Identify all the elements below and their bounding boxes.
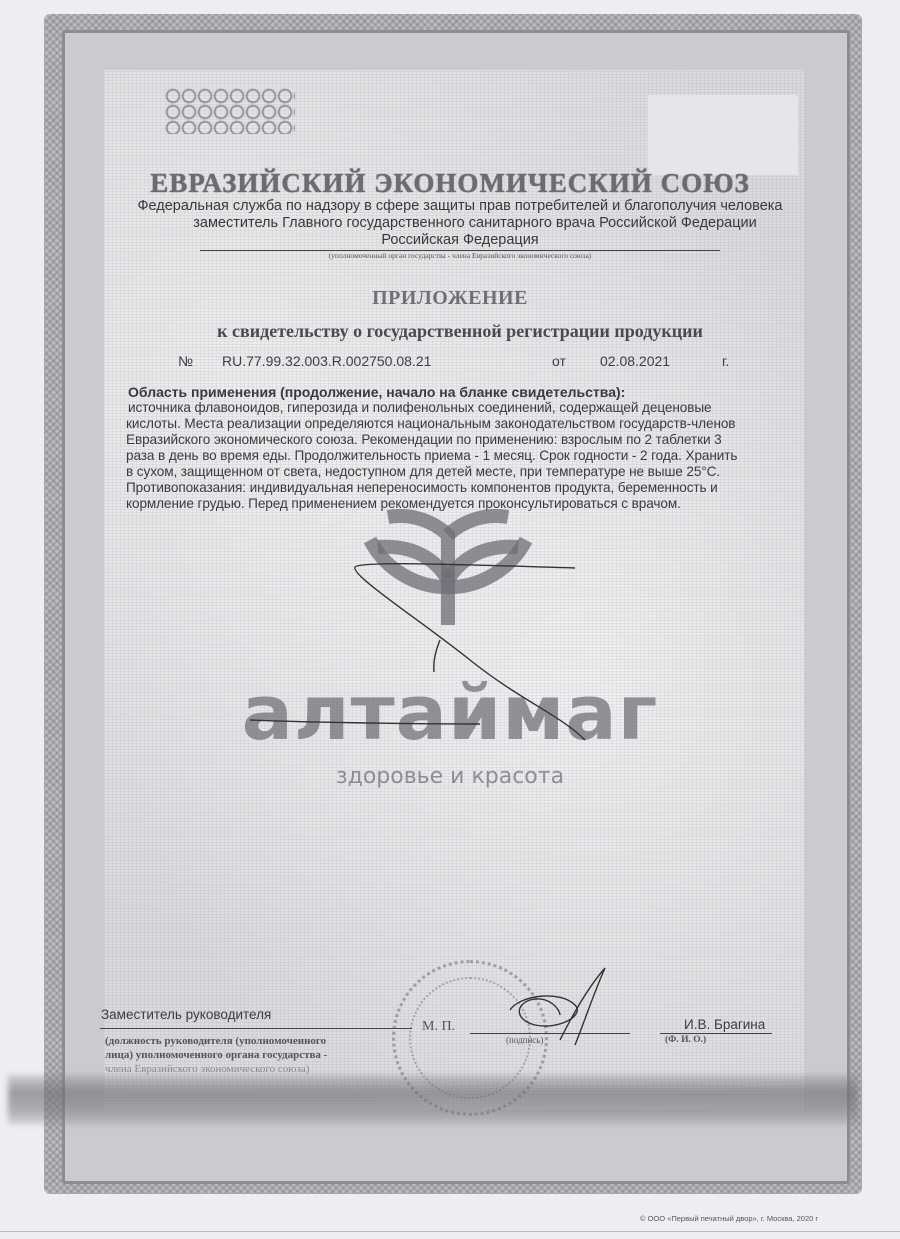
registration-date: 02.08.2021 [600,353,670,369]
printer-copyright: © ООО «Первый печатный двор», г. Москва,… [640,1214,818,1223]
leaf-circle-logo-icon [348,505,548,645]
position-caption-line: члена Евразийского экономического союза) [105,1062,405,1076]
signer-position: Заместитель руководителя [101,1007,271,1022]
name-underline [660,1033,772,1034]
scope-line: в сухом, защищенном от света, недоступно… [126,464,786,480]
scope-line: Противопоказания: индивидуальная неперен… [126,480,786,496]
watermark-tagline: здоровье и красота [0,764,900,789]
year-suffix: г. [722,353,729,369]
appendix-title: ПРИЛОЖЕНИЕ [0,287,900,310]
scope-line: раза в день во время еды. Продолжительно… [126,448,786,464]
issuing-agency: Федеральная служба по надзору в сфере за… [120,198,800,249]
signature-underline [470,1033,630,1034]
scope-line: Евразийского экономического союза. Реком… [126,432,786,448]
position-underline [100,1028,412,1029]
position-caption: (должность руководителя (уполномоченного… [105,1034,405,1076]
number-label: № [178,353,193,369]
agency-country: Российская Федерация [120,232,800,249]
position-caption-line: (должность руководителя (уполномоченного [105,1034,405,1048]
scope-text: источника флавоноидов, гиперозида и поли… [126,400,786,512]
signature-caption: (подпись) [506,1035,543,1045]
agency-line-2: заместитель Главного государственного са… [120,215,800,232]
scope-line: источника флавоноидов, гиперозида и поли… [126,400,786,416]
watermark-brand: алтаймаг [0,668,900,757]
redacted-area [8,1075,858,1125]
appendix-subtitle: к свидетельству о государственной регист… [150,321,770,342]
name-caption: (Ф. И. О.) [665,1035,706,1045]
signer-name: И.В. Брагина [684,1017,765,1032]
union-title: ЕВРАЗИЙСКИЙ ЭКОНОМИЧЕСКИЙ СОЮЗ [0,168,900,199]
scope-heading: Область применения (продолжение, начало … [128,384,625,400]
agency-caption: (уполномоченный орган государства - член… [200,251,720,260]
agency-line-1: Федеральная служба по надзору в сфере за… [120,198,800,215]
scope-line: кислоты. Места реализации определяются н… [126,416,786,432]
registration-number: RU.77.99.32.003.R.002750.08.21 [222,353,431,369]
certificate-appendix-page: ЕВРАЗИЙСКИЙ ЭКОНОМИЧЕСКИЙ СОЮЗ Федеральн… [0,0,900,1239]
scan-edge-line [0,1231,900,1232]
date-label: от [552,353,566,369]
stamp-place-label: М. П. [422,1019,455,1035]
position-caption-line: лица) уполномоченного органа государства… [105,1048,405,1062]
